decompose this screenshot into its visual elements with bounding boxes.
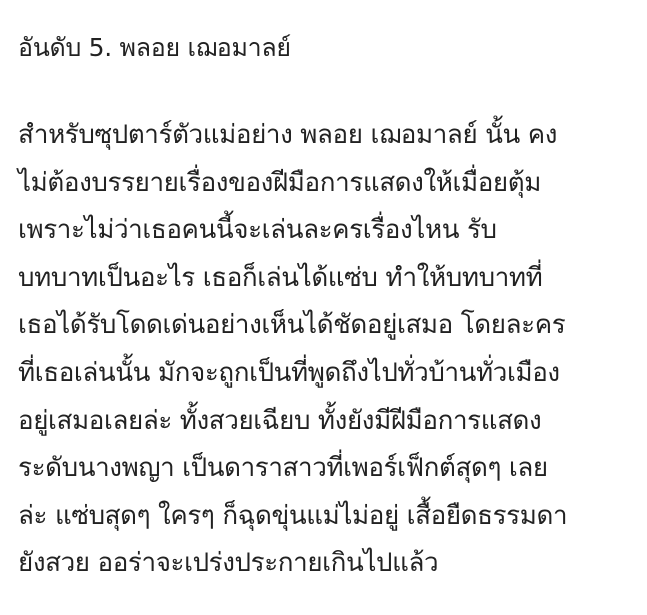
body-line: ยังสวย ออร่าจะเปร่งประกายเกินไปแล้ว (18, 540, 567, 588)
body-line: สำหรับซุปตาร์ตัวแม่อย่าง พลอย เฌอมาลย์ น… (18, 112, 567, 160)
body-line: บทบาทเป็นอะไร เธอก็เล่นได้แซ่บ ทำให้บทบา… (18, 255, 567, 303)
body-line: ไม่ต้องบรรยายเรื่องของฝีมือการแสดงให้เมื… (18, 160, 567, 208)
body-line: เพราะไม่ว่าเธอคนนี้จะเล่นละครเรื่องไหน ร… (18, 207, 567, 255)
body-line: ล่ะ แซ่บสุดๆ ใครๆ ก็ฉุดขุ่นแม่ไม่อยู่ เส… (18, 493, 567, 541)
article-heading: อันดับ 5. พลอย เฌอมาลย์ (18, 28, 291, 68)
body-line: เธอได้รับโดดเด่นอย่างเห็นได้ชัดอยู่เสมอ … (18, 302, 567, 350)
body-line: ระดับนางพญา เป็นดาราสาวที่เพอร์เฟ็กต์สุด… (18, 445, 567, 493)
article-body: สำหรับซุปตาร์ตัวแม่อย่าง พลอย เฌอมาลย์ น… (18, 112, 567, 588)
body-line: อยู่เสมอเลยล่ะ ทั้งสวยเฉียบ ทั้งยังมีฝีม… (18, 398, 567, 446)
body-line: ที่เธอเล่นนั้น มักจะถูกเป็นที่พูดถึงไปทั… (18, 350, 567, 398)
